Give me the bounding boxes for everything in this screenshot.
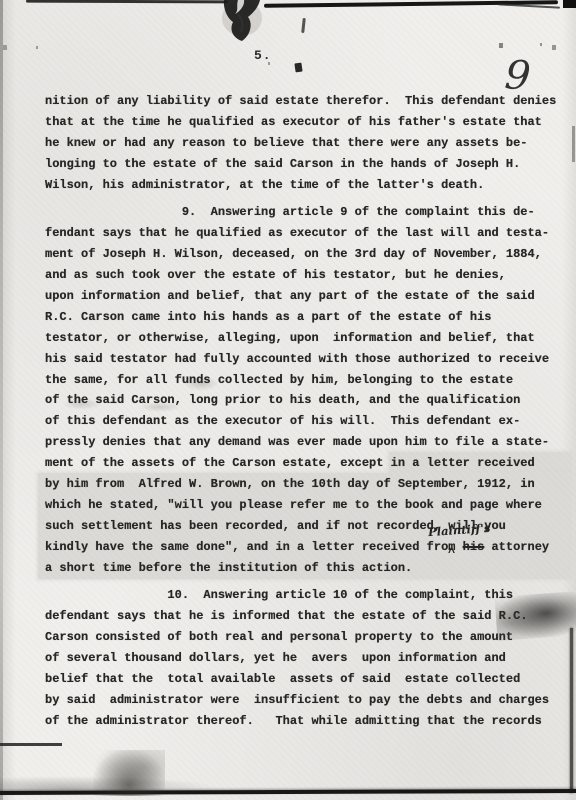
text-line: fendant says that he qualified as execut… (45, 223, 576, 244)
struck-word: his (463, 540, 485, 554)
text-segment: his said testator had fully accounted wi… (45, 352, 549, 366)
staple-ink-stain (208, 0, 280, 50)
text-segment: kindly have the same done", and in a let… (45, 540, 463, 554)
text-segment: pressly denies that any demand was ever … (45, 435, 549, 449)
text-line: pressly denies that any demand was ever … (45, 432, 576, 453)
ink-tick-mark (301, 18, 306, 33)
text-line: longing to the estate of the said Carson… (45, 154, 576, 175)
text-line: the same, for all funds collected by him… (45, 370, 576, 391)
text-line: by him from Alfred W. Brown, on the 10th… (45, 474, 576, 495)
text-line: a short time before the institution of t… (45, 558, 576, 579)
paper-specks (0, 0, 2, 3)
text-line: that at the time he qualified as executo… (45, 112, 576, 133)
text-line: belief that the total available assets o… (45, 669, 576, 690)
text-line: upon information and belief, that any pa… (45, 286, 576, 307)
text-segment: he knew or had any reason to believe tha… (45, 136, 527, 150)
text-line: he knew or had any reason to believe tha… (45, 133, 576, 154)
page-left-edge-shadow (0, 0, 3, 800)
text-line: 9. Answering article 9 of the complaint … (45, 202, 576, 223)
text-line: Wilson, his administrator, at the time o… (45, 175, 576, 196)
text-line: which he stated, "will you please refer … (45, 495, 576, 516)
text-segment: testator, or otherwise, alleging, upon i… (45, 331, 535, 345)
text-line: nition of any liability of said estate t… (45, 91, 576, 112)
page-number: 5. (254, 48, 272, 63)
text-line: R.C. Carson came into his hands as a par… (45, 307, 576, 328)
text-line: of several thousand dollars, yet he aver… (45, 648, 576, 669)
text-segment: by him from Alfred W. Brown, on the 10th… (45, 477, 535, 491)
scan-corner-mark (563, 0, 576, 8)
scan-top-edge-left (26, 0, 228, 3)
text-line: ment of the assets of the Carson estate,… (45, 453, 576, 474)
text-segment: and as such took over the estate of his … (45, 268, 506, 282)
text-segment: a short time before the institution of t… (45, 561, 412, 575)
text-line: and as such took over the estate of his … (45, 265, 576, 286)
underlying-page-edge (0, 743, 62, 746)
text-segment: which he stated, "will you please refer … (45, 498, 542, 512)
text-segment: of the said Carson, long prior to his de… (45, 393, 520, 407)
text-line: of the said Carson, long prior to his de… (45, 390, 576, 411)
paragraph: nition of any liability of said estate t… (45, 91, 576, 195)
text-line: such settlement has been recorded, and i… (45, 516, 576, 537)
text-segment: defendant says that he is informed that … (45, 609, 527, 623)
text-segment: ment of Joseph H. Wilson, deceased, on t… (45, 247, 542, 261)
text-segment: R.C. Carson came into his hands as a par… (45, 310, 491, 324)
text-line: by said administrator were insufficient … (45, 690, 576, 711)
text-segment: fendant says that he qualified as execut… (45, 226, 549, 240)
text-segment: Wilson, his administrator, at the time o… (45, 178, 484, 192)
text-line: ment of Joseph H. Wilson, deceased, on t… (45, 244, 576, 265)
charcoal-smudge-right (495, 591, 576, 641)
text-segment: attorney (484, 540, 549, 554)
scanned-document-page: { "page": { "number": "5.", "corner_nume… (0, 0, 576, 800)
caret-insertion-mark: ^ (448, 546, 455, 560)
text-line: testator, or otherwise, alleging, upon i… (45, 328, 576, 349)
text-segment: of this defendant as the executor of his… (45, 414, 520, 428)
text-segment: 10. Answering article 10 of the complain… (45, 588, 513, 602)
text-line: his said testator had fully accounted wi… (45, 349, 576, 370)
paragraph: 9. Answering article 9 of the complaint … (45, 202, 576, 578)
page-bottom-edge-line (0, 789, 576, 795)
charcoal-smudge-bottom (93, 750, 165, 796)
text-segment: of the administrator thereof. That while… (45, 714, 542, 728)
text-line: kindly have the same done", and in a let… (45, 537, 576, 558)
text-segment: of several thousand dollars, yet he aver… (45, 651, 506, 665)
ink-dot-mark (294, 63, 302, 73)
text-segment: upon information and belief, that any pa… (45, 289, 535, 303)
text-line: of the administrator thereof. That while… (45, 711, 576, 732)
text-segment: the same, for all funds collected by him… (45, 373, 513, 387)
text-segment: by said administrator were insufficient … (45, 693, 549, 707)
text-segment: Carson consisted of both real and person… (45, 630, 513, 644)
text-segment: belief that the total available assets o… (45, 672, 520, 686)
text-segment: nition of any liability of said estate t… (45, 94, 556, 108)
text-segment: 9. Answering article 9 of the complaint … (45, 205, 535, 219)
text-segment: longing to the estate of the said Carson… (45, 157, 520, 171)
text-segment: that at the time he qualified as executo… (45, 115, 542, 129)
text-line: of this defendant as the executor of his… (45, 411, 576, 432)
text-segment: ment of the assets of the Carson estate,… (45, 456, 535, 470)
